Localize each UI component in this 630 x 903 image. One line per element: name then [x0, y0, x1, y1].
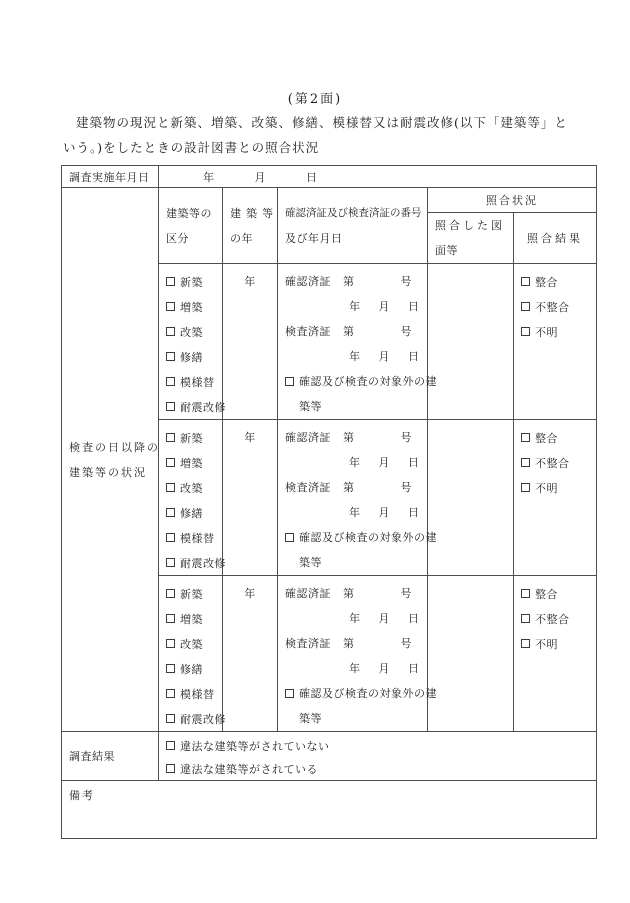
header-collation-drawings-line-2: 面等 [435, 238, 513, 263]
survey-result-label: 調査結果 [69, 750, 115, 763]
result-label: 不明 [535, 636, 558, 652]
month-label: 月 [379, 662, 391, 675]
category-option: 増築 [166, 606, 222, 631]
survey-date-value: 年 月 日 [166, 169, 596, 185]
survey-result-option: 違法な建築等がされていない [166, 734, 596, 757]
checkbox-icon [166, 327, 175, 336]
checkbox-icon [521, 302, 530, 311]
category-option: 増築 [166, 450, 222, 475]
checkbox-icon [166, 508, 175, 517]
category-label: 耐震改修 [180, 555, 226, 571]
remarks-row: 備考 [62, 781, 597, 839]
cert-cell: 確認済証第号 年月日 検査済証第号 年月日 確認及び検査の対象外の建 築等 [278, 264, 428, 420]
survey-date-value-cell: 年 月 日 [159, 166, 597, 188]
result-label: 不明 [535, 324, 558, 340]
build-year-label: 年 [223, 581, 277, 606]
cert-number-suffix: 号 [401, 325, 413, 338]
category-option: 改築 [166, 475, 222, 500]
checkbox-icon [521, 327, 530, 336]
category-label: 修繕 [180, 349, 203, 365]
survey-result-option: 違法な建築等がされている [166, 757, 596, 780]
inspect-cert-label: 検査済証 [285, 325, 331, 338]
year-label: 年 [349, 612, 361, 625]
category-label: 改築 [180, 480, 203, 496]
result-option: 不整合 [521, 606, 596, 631]
checkbox-icon [521, 277, 530, 286]
checkbox-icon [166, 377, 175, 386]
cert-date-line: 年月日 [285, 294, 427, 319]
checkbox-icon [521, 458, 530, 467]
category-option: 耐震改修 [166, 550, 222, 575]
header-category-line-2: 区分 [166, 226, 222, 251]
checkbox-icon [521, 483, 530, 492]
category-option: 増築 [166, 294, 222, 319]
checkbox-icon [285, 689, 294, 698]
checkbox-icon [166, 402, 175, 411]
build-year-label: 年 [223, 269, 277, 294]
category-label: 新築 [180, 430, 203, 446]
section-label-line-2: 建築等の状況 [69, 460, 158, 485]
exempt-label: 確認及び検査の対象外の建 築等 [299, 369, 437, 419]
day-label: 日 [408, 456, 420, 469]
cert-number-prefix: 第 [343, 431, 355, 444]
cert-number-prefix: 第 [343, 637, 355, 650]
year-label: 年 [203, 169, 215, 185]
cert-date-line: 年月日 [285, 500, 427, 525]
cert-number-prefix: 第 [343, 481, 355, 494]
survey-form-table: 調査実施年月日 年 月 日 検査の日以降の 建築等の状況 建築等の 区分 建築等 [61, 165, 597, 839]
confirm-cert-line: 確認済証第号 [285, 269, 427, 294]
header-row-top: 検査の日以降の 建築等の状況 建築等の 区分 建築等 の年 確認済証及び検査済証… [62, 188, 597, 213]
collation-result-cell: 整合 不整合 不明 [514, 420, 597, 576]
category-label: 増築 [180, 611, 203, 627]
day-label: 日 [306, 169, 318, 185]
collation-result-cell: 整合 不整合 不明 [514, 264, 597, 420]
survey-result-option-label: 違法な建築等がされていない [180, 738, 330, 754]
category-label: 耐震改修 [180, 711, 226, 727]
inspect-cert-label: 検査済証 [285, 637, 331, 650]
day-label: 日 [408, 662, 420, 675]
header-collation-status-cell: 照合状況 [428, 188, 597, 213]
day-label: 日 [408, 506, 420, 519]
category-label: 模様替 [180, 530, 215, 546]
survey-result-option-label: 違法な建築等がされている [180, 761, 318, 777]
category-label: 修繕 [180, 661, 203, 677]
checkbox-icon [166, 764, 175, 773]
day-label: 日 [408, 300, 420, 313]
result-label: 不整合 [535, 299, 570, 315]
year-label: 年 [349, 456, 361, 469]
intro-paragraph: 建築物の現況と新築、増築、改築、修繕、模様替又は耐震改修(以下「建築等」と いう… [63, 110, 583, 160]
confirm-cert-label: 確認済証 [285, 587, 331, 600]
section-label-line-1: 検査の日以降の [69, 435, 158, 460]
result-option: 整合 [521, 269, 596, 294]
category-label: 増築 [180, 455, 203, 471]
survey-result-options-cell: 違法な建築等がされていない 違法な建築等がされている [159, 732, 597, 781]
collation-drawings-cell [428, 420, 514, 576]
checkbox-icon [166, 433, 175, 442]
checkbox-icon [166, 639, 175, 648]
result-option: 不明 [521, 475, 596, 500]
header-collation-status: 照合状況 [486, 194, 538, 207]
header-collation-drawings-cell: 照合した図 面等 [428, 213, 514, 264]
category-option: 改築 [166, 631, 222, 656]
checkbox-icon [521, 614, 530, 623]
collation-result-cell: 整合 不整合 不明 [514, 576, 597, 732]
year-label: 年 [349, 662, 361, 675]
build-year-label: 年 [223, 425, 277, 450]
category-option: 修繕 [166, 656, 222, 681]
category-option: 新築 [166, 425, 222, 450]
confirm-cert-label: 確認済証 [285, 275, 331, 288]
intro-line-1: 建築物の現況と新築、増築、改築、修繕、模様替又は耐震改修(以下「建築等」と [63, 110, 583, 135]
checkbox-icon [166, 302, 175, 311]
result-label: 不整合 [535, 611, 570, 627]
category-option: 修繕 [166, 344, 222, 369]
inspect-cert-line: 検査済証第号 [285, 631, 427, 656]
result-option: 不明 [521, 631, 596, 656]
build-year-cell: 年 [223, 576, 278, 732]
header-collation-drawings-line-1: 照合した図 [435, 213, 513, 238]
result-option: 不整合 [521, 450, 596, 475]
category-option: 模様替 [166, 525, 222, 550]
survey-result-label-cell: 調査結果 [62, 732, 159, 781]
header-collation-result-cell: 照合結果 [514, 213, 597, 264]
cert-number-prefix: 第 [343, 325, 355, 338]
checkbox-icon [166, 714, 175, 723]
page-title: (第2面) [0, 88, 630, 107]
survey-date-row: 調査実施年月日 年 月 日 [62, 166, 597, 188]
inspect-cert-label: 検査済証 [285, 481, 331, 494]
survey-date-label-cell: 調査実施年月日 [62, 166, 159, 188]
cert-number-suffix: 号 [401, 431, 413, 444]
survey-date-label: 調査実施年月日 [69, 171, 150, 184]
result-option: 不明 [521, 319, 596, 344]
cert-cell: 確認済証第号 年月日 検査済証第号 年月日 確認及び検査の対象外の建 築等 [278, 576, 428, 732]
section-label-cell: 検査の日以降の 建築等の状況 [62, 188, 159, 732]
header-cert-line-1: 確認済証及び検査済証の番号 [285, 201, 427, 226]
year-label: 年 [349, 506, 361, 519]
header-build-year-cell: 建築等 の年 [223, 188, 278, 264]
exempt-option: 確認及び検査の対象外の建 築等 [285, 525, 427, 575]
result-option: 整合 [521, 581, 596, 606]
category-option: 耐震改修 [166, 394, 222, 419]
category-label: 増築 [180, 299, 203, 315]
checkbox-icon [521, 639, 530, 648]
header-build-year-line-2: の年 [230, 226, 277, 251]
header-cert-line-2: 及び年月日 [285, 226, 427, 251]
category-option: 修繕 [166, 500, 222, 525]
cert-number-suffix: 号 [401, 481, 413, 494]
result-option: 整合 [521, 425, 596, 450]
checkbox-icon [166, 533, 175, 542]
month-label: 月 [379, 456, 391, 469]
month-label: 月 [379, 612, 391, 625]
month-label: 月 [379, 300, 391, 313]
checkbox-icon [166, 352, 175, 361]
category-option: 改築 [166, 319, 222, 344]
result-label: 整合 [535, 586, 558, 602]
month-label: 月 [379, 506, 391, 519]
category-label: 模様替 [180, 374, 215, 390]
cert-number-suffix: 号 [401, 275, 413, 288]
month-label: 月 [379, 350, 391, 363]
category-label: 新築 [180, 274, 203, 290]
category-label: 新築 [180, 586, 203, 602]
checkbox-icon [285, 533, 294, 542]
result-label: 整合 [535, 430, 558, 446]
cert-date-line: 年月日 [285, 656, 427, 681]
checkbox-icon [166, 614, 175, 623]
cert-date-line: 年月日 [285, 606, 427, 631]
checkbox-icon [521, 433, 530, 442]
category-label: 改築 [180, 324, 203, 340]
day-label: 日 [408, 350, 420, 363]
collation-drawings-cell [428, 576, 514, 732]
result-label: 不明 [535, 480, 558, 496]
cert-date-line: 年月日 [285, 450, 427, 475]
cert-number-suffix: 号 [401, 587, 413, 600]
header-category-line-1: 建築等の [166, 201, 222, 226]
cert-date-line: 年月日 [285, 344, 427, 369]
header-cert-number-cell: 確認済証及び検査済証の番号 及び年月日 [278, 188, 428, 264]
header-build-year-line-1: 建築等 [230, 201, 277, 226]
category-option: 新築 [166, 269, 222, 294]
checkbox-icon [166, 558, 175, 567]
year-label: 年 [349, 350, 361, 363]
exempt-option: 確認及び検査の対象外の建 築等 [285, 681, 427, 731]
survey-result-row: 調査結果 違法な建築等がされていない 違法な建築等がされている [62, 732, 597, 781]
checkbox-icon [166, 664, 175, 673]
category-label: 耐震改修 [180, 399, 226, 415]
cert-number-prefix: 第 [343, 275, 355, 288]
result-option: 不整合 [521, 294, 596, 319]
build-year-cell: 年 [223, 420, 278, 576]
header-collation-result: 照合結果 [527, 232, 583, 245]
category-cell: 新築 増築 改築 修繕 模様替 耐震改修 [159, 264, 223, 420]
category-label: 模様替 [180, 686, 215, 702]
inspect-cert-line: 検査済証第号 [285, 475, 427, 500]
checkbox-icon [166, 741, 175, 750]
confirm-cert-line: 確認済証第号 [285, 581, 427, 606]
checkbox-icon [166, 589, 175, 598]
confirm-cert-line: 確認済証第号 [285, 425, 427, 450]
header-category-cell: 建築等の 区分 [159, 188, 223, 264]
cert-number-prefix: 第 [343, 587, 355, 600]
checkbox-icon [166, 689, 175, 698]
checkbox-icon [285, 377, 294, 386]
inspect-cert-line: 検査済証第号 [285, 319, 427, 344]
category-cell: 新築 増築 改築 修繕 模様替 耐震改修 [159, 576, 223, 732]
document-page: (第2面) 建築物の現況と新築、増築、改築、修繕、模様替又は耐震改修(以下「建築… [0, 0, 630, 903]
checkbox-icon [166, 277, 175, 286]
remarks-cell: 備考 [62, 781, 597, 839]
cert-number-suffix: 号 [401, 637, 413, 650]
intro-line-2: いう。)をしたときの設計図書との照合状況 [63, 135, 583, 160]
build-year-cell: 年 [223, 264, 278, 420]
exempt-option: 確認及び検査の対象外の建 築等 [285, 369, 427, 419]
category-label: 修繕 [180, 505, 203, 521]
category-cell: 新築 増築 改築 修繕 模様替 耐震改修 [159, 420, 223, 576]
cert-cell: 確認済証第号 年月日 検査済証第号 年月日 確認及び検査の対象外の建 築等 [278, 420, 428, 576]
result-label: 不整合 [535, 455, 570, 471]
category-option: 新築 [166, 581, 222, 606]
checkbox-icon [166, 458, 175, 467]
checkbox-icon [521, 589, 530, 598]
day-label: 日 [408, 612, 420, 625]
exempt-label: 確認及び検査の対象外の建 築等 [299, 525, 437, 575]
category-option: 耐震改修 [166, 706, 222, 731]
category-option: 模様替 [166, 369, 222, 394]
result-label: 整合 [535, 274, 558, 290]
checkbox-icon [166, 483, 175, 492]
year-label: 年 [349, 300, 361, 313]
remarks-label: 備考 [69, 789, 95, 802]
collation-drawings-cell [428, 264, 514, 420]
exempt-label: 確認及び検査の対象外の建 築等 [299, 681, 437, 731]
confirm-cert-label: 確認済証 [285, 431, 331, 444]
month-label: 月 [255, 169, 267, 185]
category-option: 模様替 [166, 681, 222, 706]
category-label: 改築 [180, 636, 203, 652]
